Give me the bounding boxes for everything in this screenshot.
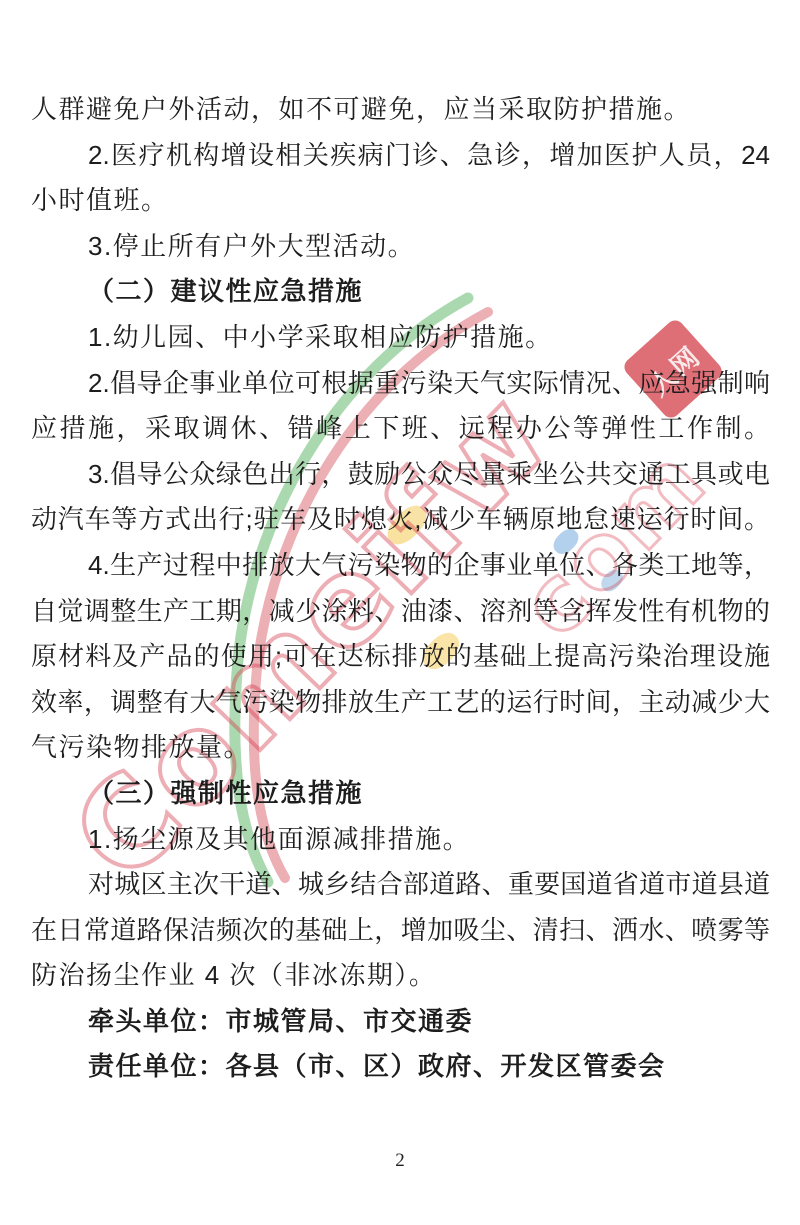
text-line: 1.幼儿园、中小学采取相应防护措施。 — [31, 315, 770, 361]
text-line: 动汽车等方式出行;驻车及时熄火,减少车辆原地怠速运行时间。 — [31, 497, 770, 543]
text-line: 对城区主次干道、城乡结合部道路、重要国道省道市道县道 — [31, 862, 770, 908]
text-line: 原材料及产品的使用;可在达标排放的基础上提高污染治理设施 — [31, 634, 770, 680]
text-line: 效率，调整有大气污染物排放生产工艺的运行时间，主动减少大 — [31, 680, 770, 726]
page-number: 2 — [0, 1150, 800, 1172]
text-line: （二）建议性应急措施 — [31, 269, 770, 315]
text-line: 气污染物排放量。 — [31, 725, 770, 771]
text-line: 1.扬尘源及其他面源减排措施。 — [31, 817, 770, 863]
text-line: 4.生产过程中排放大气污染物的企事业单位、各类工地等， — [31, 543, 770, 589]
text-line: 牵头单位：市城管局、市交通委 — [31, 999, 770, 1045]
text-line: 2.医疗机构增设相关疾病门诊、急诊，增加医护人员，24 — [31, 133, 770, 179]
text-line: 3.倡导公众绿色出行，鼓励公众尽量乘坐公共交通工具或电 — [31, 452, 770, 498]
text-line: 3.停止所有户外大型活动。 — [31, 224, 770, 270]
document-lines: 人群避免户外活动，如不可避免，应当采取防护措施。2.医疗机构增设相关疾病门诊、急… — [31, 87, 770, 1090]
text-line: 2.倡导企事业单位可根据重污染天气实际情况、应急强制响 — [31, 361, 770, 407]
text-line: 责任单位：各县（市、区）政府、开发区管委会 — [31, 1044, 770, 1090]
text-line: （三）强制性应急措施 — [31, 771, 770, 817]
text-line: 人群避免户外活动，如不可避免，应当采取防护措施。 — [31, 87, 770, 133]
text-line: 自觉调整生产工期，减少涂料、油漆、溶剂等含挥发性有机物的 — [31, 589, 770, 635]
text-line: 在日常道路保洁频次的基础上，增加吸尘、清扫、洒水、喷雾等 — [31, 908, 770, 954]
document-page: Comeifw com 人网 人群避免户外活动，如不可避免，应当采取防护措施。2… — [0, 0, 800, 1225]
text-line: 应措施，采取调休、错峰上下班、远程办公等弹性工作制。 — [31, 406, 770, 452]
text-line: 防治扬尘作业 4 次（非冰冻期）。 — [31, 953, 770, 999]
text-line: 小时值班。 — [31, 178, 770, 224]
